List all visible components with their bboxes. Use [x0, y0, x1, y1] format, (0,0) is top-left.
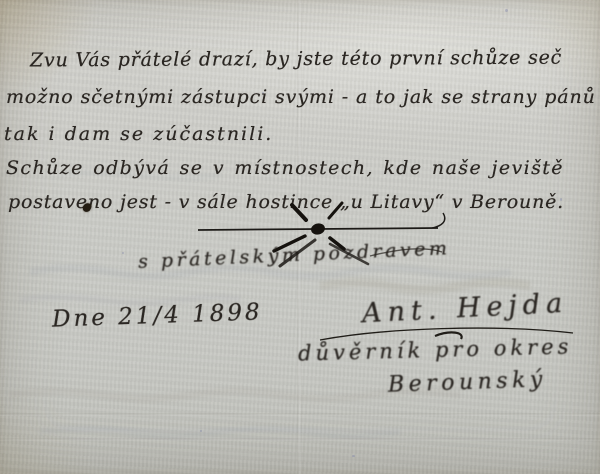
signature-region: Berounský	[388, 367, 548, 398]
pencil-speck	[200, 430, 202, 432]
pencil-speck	[505, 9, 508, 12]
signature-name: Ant. Hejda	[361, 288, 569, 330]
signature-title: důvěrník pro okres	[298, 334, 573, 365]
pencil-speck	[122, 252, 124, 254]
fold-crease-horizontal	[0, 438, 600, 441]
fold-crease-horizontal	[0, 413, 600, 416]
letter-line-1: Zvu Vás přátelé drazí, by jste této prvn…	[30, 47, 562, 72]
pencil-speck	[352, 455, 355, 457]
date-line: Dne 21/4 1898	[52, 299, 263, 332]
letter-line-4: Schůze odbývá se v místnostech, kde naše…	[6, 157, 564, 179]
letter-line-2: možno sčetnými zástupci svými - a to jak…	[6, 86, 596, 108]
fold-crease-horizontal	[0, 27, 600, 30]
letter-line-3: tak i dam se zúčastnili.	[4, 123, 273, 145]
divider-star	[310, 222, 326, 236]
letter-page: Zvu Vás přátelé drazí, by jste této prvn…	[0, 0, 600, 474]
